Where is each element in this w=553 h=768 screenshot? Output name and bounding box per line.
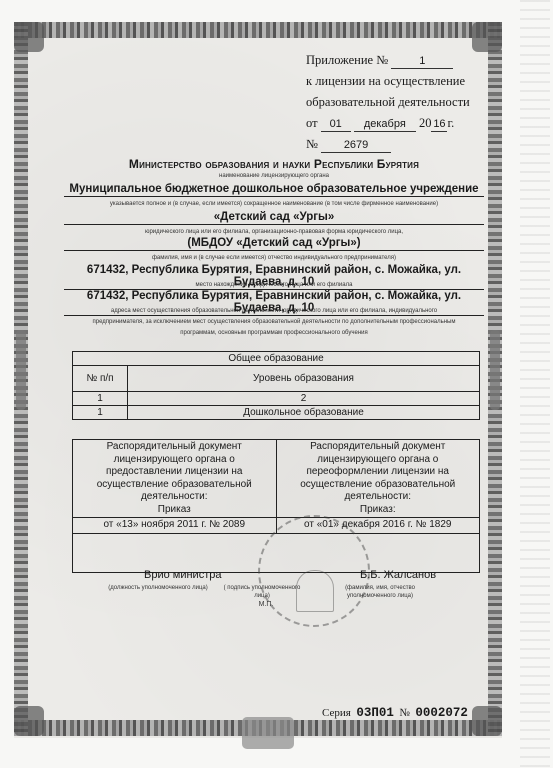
col-number-header: № п/п	[73, 366, 128, 392]
ornament-corner	[472, 22, 502, 52]
annex-line2: к лицензии на осуществление	[306, 71, 486, 92]
date-prefix: от	[306, 116, 318, 130]
caption-name: (фамилия, имя, отчество уполномоченного …	[335, 584, 425, 600]
annex-year: 16	[431, 117, 447, 132]
ornament-border-top	[14, 22, 502, 38]
ornament-panel-left	[16, 330, 26, 410]
annex-number: 1	[391, 54, 453, 69]
orders-table: Распорядительный документ лицензирующего…	[72, 439, 480, 534]
caption-sign: ( подпись уполномоченного лица)	[222, 584, 302, 600]
serial-label: Серия	[322, 707, 351, 719]
year-prefix: 20	[419, 116, 432, 130]
education-table-title: Общее образование	[73, 352, 480, 366]
form-serial: Серия 03П01 № 0002072	[322, 706, 468, 720]
ornament-corner	[472, 706, 502, 736]
order-issue-header: Распорядительный документ лицензирующего…	[76, 441, 273, 504]
ornament-corner	[14, 22, 44, 52]
col-level-header: Уровень образования	[128, 366, 480, 392]
caption-role: (должность уполномоченного лица)	[108, 584, 208, 592]
year-unit: г.	[447, 116, 454, 130]
org-short-name: (МБДОУ «Детский сад «Ургы»)	[64, 237, 484, 251]
order-reissue-header: Распорядительный документ лицензирующего…	[280, 441, 477, 504]
annex-day: 01	[321, 117, 351, 132]
order-issue-cell: Распорядительный документ лицензирующего…	[73, 440, 277, 518]
annex-header: Приложение № 1 к лицензии на осуществлен…	[306, 50, 486, 155]
authority-caption: наименование лицензирующего органа	[64, 172, 484, 180]
ornament-cartouche	[242, 717, 294, 749]
order-reissue-cell: Распорядительный документ лицензирующего…	[276, 440, 480, 518]
serial-series: 03П01	[356, 706, 394, 720]
table-row: 1 Дошкольное образование	[73, 406, 480, 420]
org-name-line2: «Детский сад «Ургы»	[64, 211, 484, 225]
org-caption5-2: предпринимателя, за исключением мест осу…	[64, 318, 484, 326]
signatory-name: Б.Б. Жалсанов	[360, 569, 436, 581]
annex-month: декабря	[354, 117, 416, 132]
serial-number: 0002072	[415, 706, 468, 720]
org-caption4: место нахождения юридического лица или е…	[64, 281, 484, 289]
row-level: 2	[128, 392, 480, 406]
annex-line3: образовательной деятельности	[306, 92, 486, 113]
org-caption5-3: программам, основным программам професси…	[64, 329, 484, 337]
license-number: 2679	[321, 138, 391, 153]
ornament-corner	[14, 706, 44, 736]
org-caption3: фамилия, имя и (в случае если имеется) о…	[64, 254, 484, 262]
number-label: №	[306, 137, 318, 151]
ornament-panel-right	[490, 330, 500, 410]
education-table: Общее образование № п/п Уровень образова…	[72, 351, 480, 420]
row-level: Дошкольное образование	[128, 406, 480, 420]
stamp-label: М.П.	[246, 601, 286, 609]
org-caption1: указывается полное и (в случае, если име…	[64, 200, 484, 208]
org-caption2: юридического лица или его филиала, орган…	[64, 228, 484, 236]
org-name-line1: Муниципальное бюджетное дошкольное образ…	[64, 183, 484, 197]
scan-noise	[520, 0, 550, 768]
row-number: 1	[73, 392, 128, 406]
order-reissue-type: Приказ:	[280, 504, 477, 517]
annex-label: Приложение №	[306, 53, 388, 67]
signatory-role: Врио министра	[144, 569, 221, 581]
row-number: 1	[73, 406, 128, 420]
table-row: 1 2	[73, 392, 480, 406]
org-caption5-1: адреса мест осуществления образовательно…	[64, 307, 484, 315]
serial-number-label: №	[399, 707, 410, 719]
authority-name: Министерство образования и науки Республ…	[64, 157, 484, 171]
order-issue-type: Приказ	[76, 504, 273, 517]
